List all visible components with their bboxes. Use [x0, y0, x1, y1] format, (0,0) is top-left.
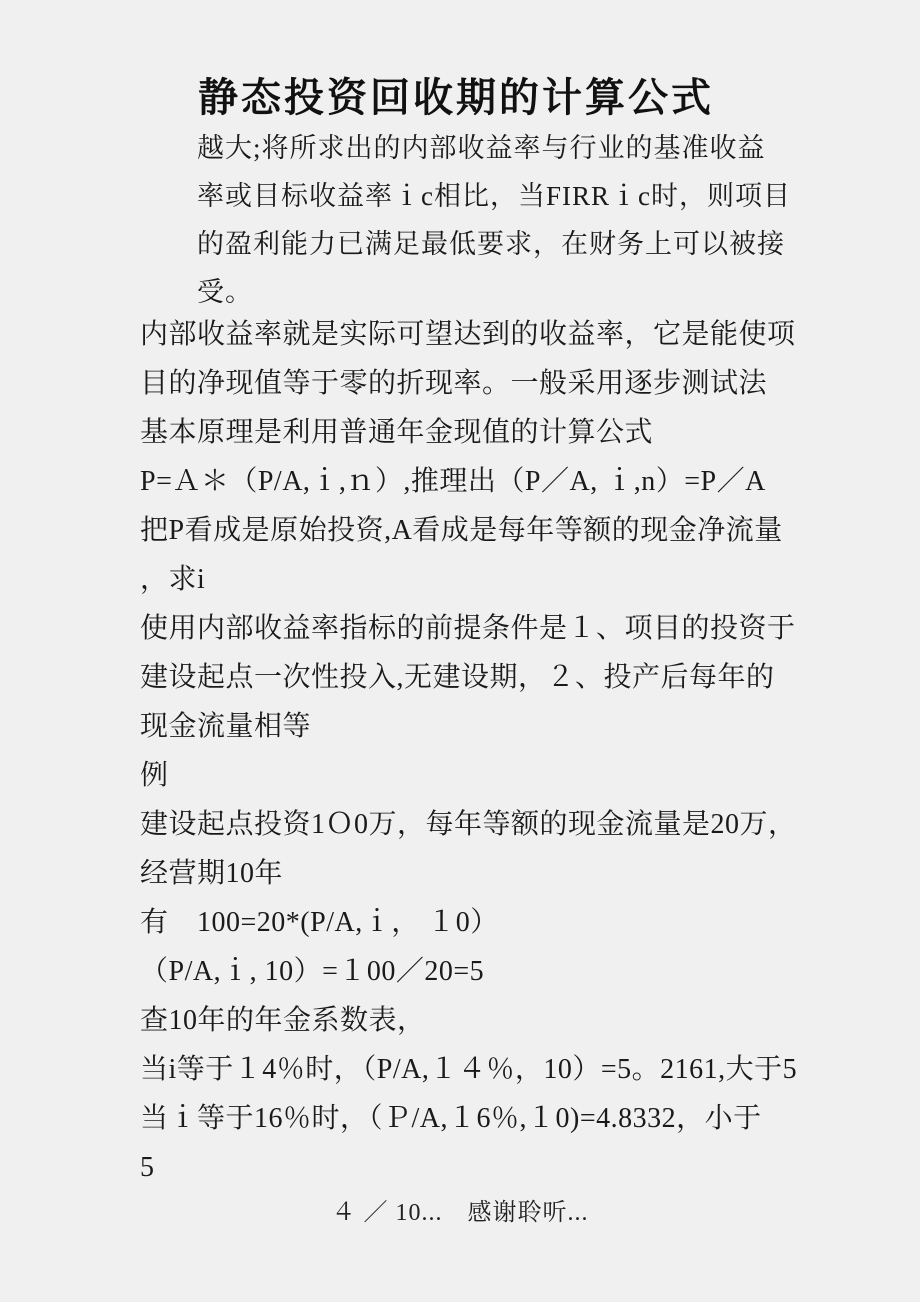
formula-line: P=Ａ＊（P/A,ｉ,ｎ）,推理出（P／A, ｉ,n）=P／A [140, 457, 820, 506]
text-line: 建设起点一次性投入,无建设期，２、投产后每年的 [140, 653, 820, 702]
text-line: 经营期10年 [140, 849, 820, 898]
body-paragraphs: 内部收益率就是实际可望达到的收益率，它是能使项 目的净现值等于零的折现率。一般采… [140, 310, 820, 1192]
text-line: 内部收益率就是实际可望达到的收益率，它是能使项 [140, 310, 820, 359]
indented-paragraph: 越大;将所求出的内部收益率与行业的基准收益 率或目标收益率ｉc相比，当FIRRｉ… [197, 124, 837, 316]
text-line: 目的净现值等于零的折现率。一般采用逐步测试法 [140, 359, 820, 408]
text-line: 越大;将所求出的内部收益率与行业的基准收益 [197, 124, 837, 172]
page-footer: ４ ／ 10... 感谢聆听... [0, 1192, 920, 1227]
formula-line: 有 100=20*(P/A,ｉ， １0） [140, 898, 820, 947]
formula-line: 当i等于１4％时，（P/A,１４％，10）=5。2161,大于5 [140, 1045, 820, 1094]
text-line: 的盈利能力已满足最低要求，在财务上可以被接 [197, 220, 837, 268]
text-line: 查10年的年金系数表， [140, 996, 820, 1045]
document-page: 静态投资回收期的计算公式 越大;将所求出的内部收益率与行业的基准收益 率或目标收… [0, 0, 920, 1302]
text-line: 5 [140, 1143, 820, 1192]
page-title: 静态投资回收期的计算公式 [198, 66, 714, 123]
formula-line: （P/A,ｉ, 10）=１00／20=5 [140, 947, 820, 996]
text-line: 基本原理是利用普通年金现值的计算公式 [140, 408, 820, 457]
text-line: 使用内部收益率指标的前提条件是１、项目的投资于 [140, 604, 820, 653]
text-line: 率或目标收益率ｉc相比，当FIRRｉc时，则项目 [197, 172, 837, 220]
text-line: 把P看成是原始投资,A看成是每年等额的现金净流量 [140, 506, 820, 555]
text-line: 现金流量相等 [140, 702, 820, 751]
formula-line: 当ｉ等于16％时，（Ｐ/A,１6％,１0)=4.8332，小于 [140, 1094, 820, 1143]
text-line: 受。 [197, 268, 837, 316]
text-line: 例 [140, 751, 820, 800]
text-line: 建设起点投资1Ｏ0万，每年等额的现金流量是20万， [140, 800, 820, 849]
text-line: ，求i [140, 555, 820, 604]
